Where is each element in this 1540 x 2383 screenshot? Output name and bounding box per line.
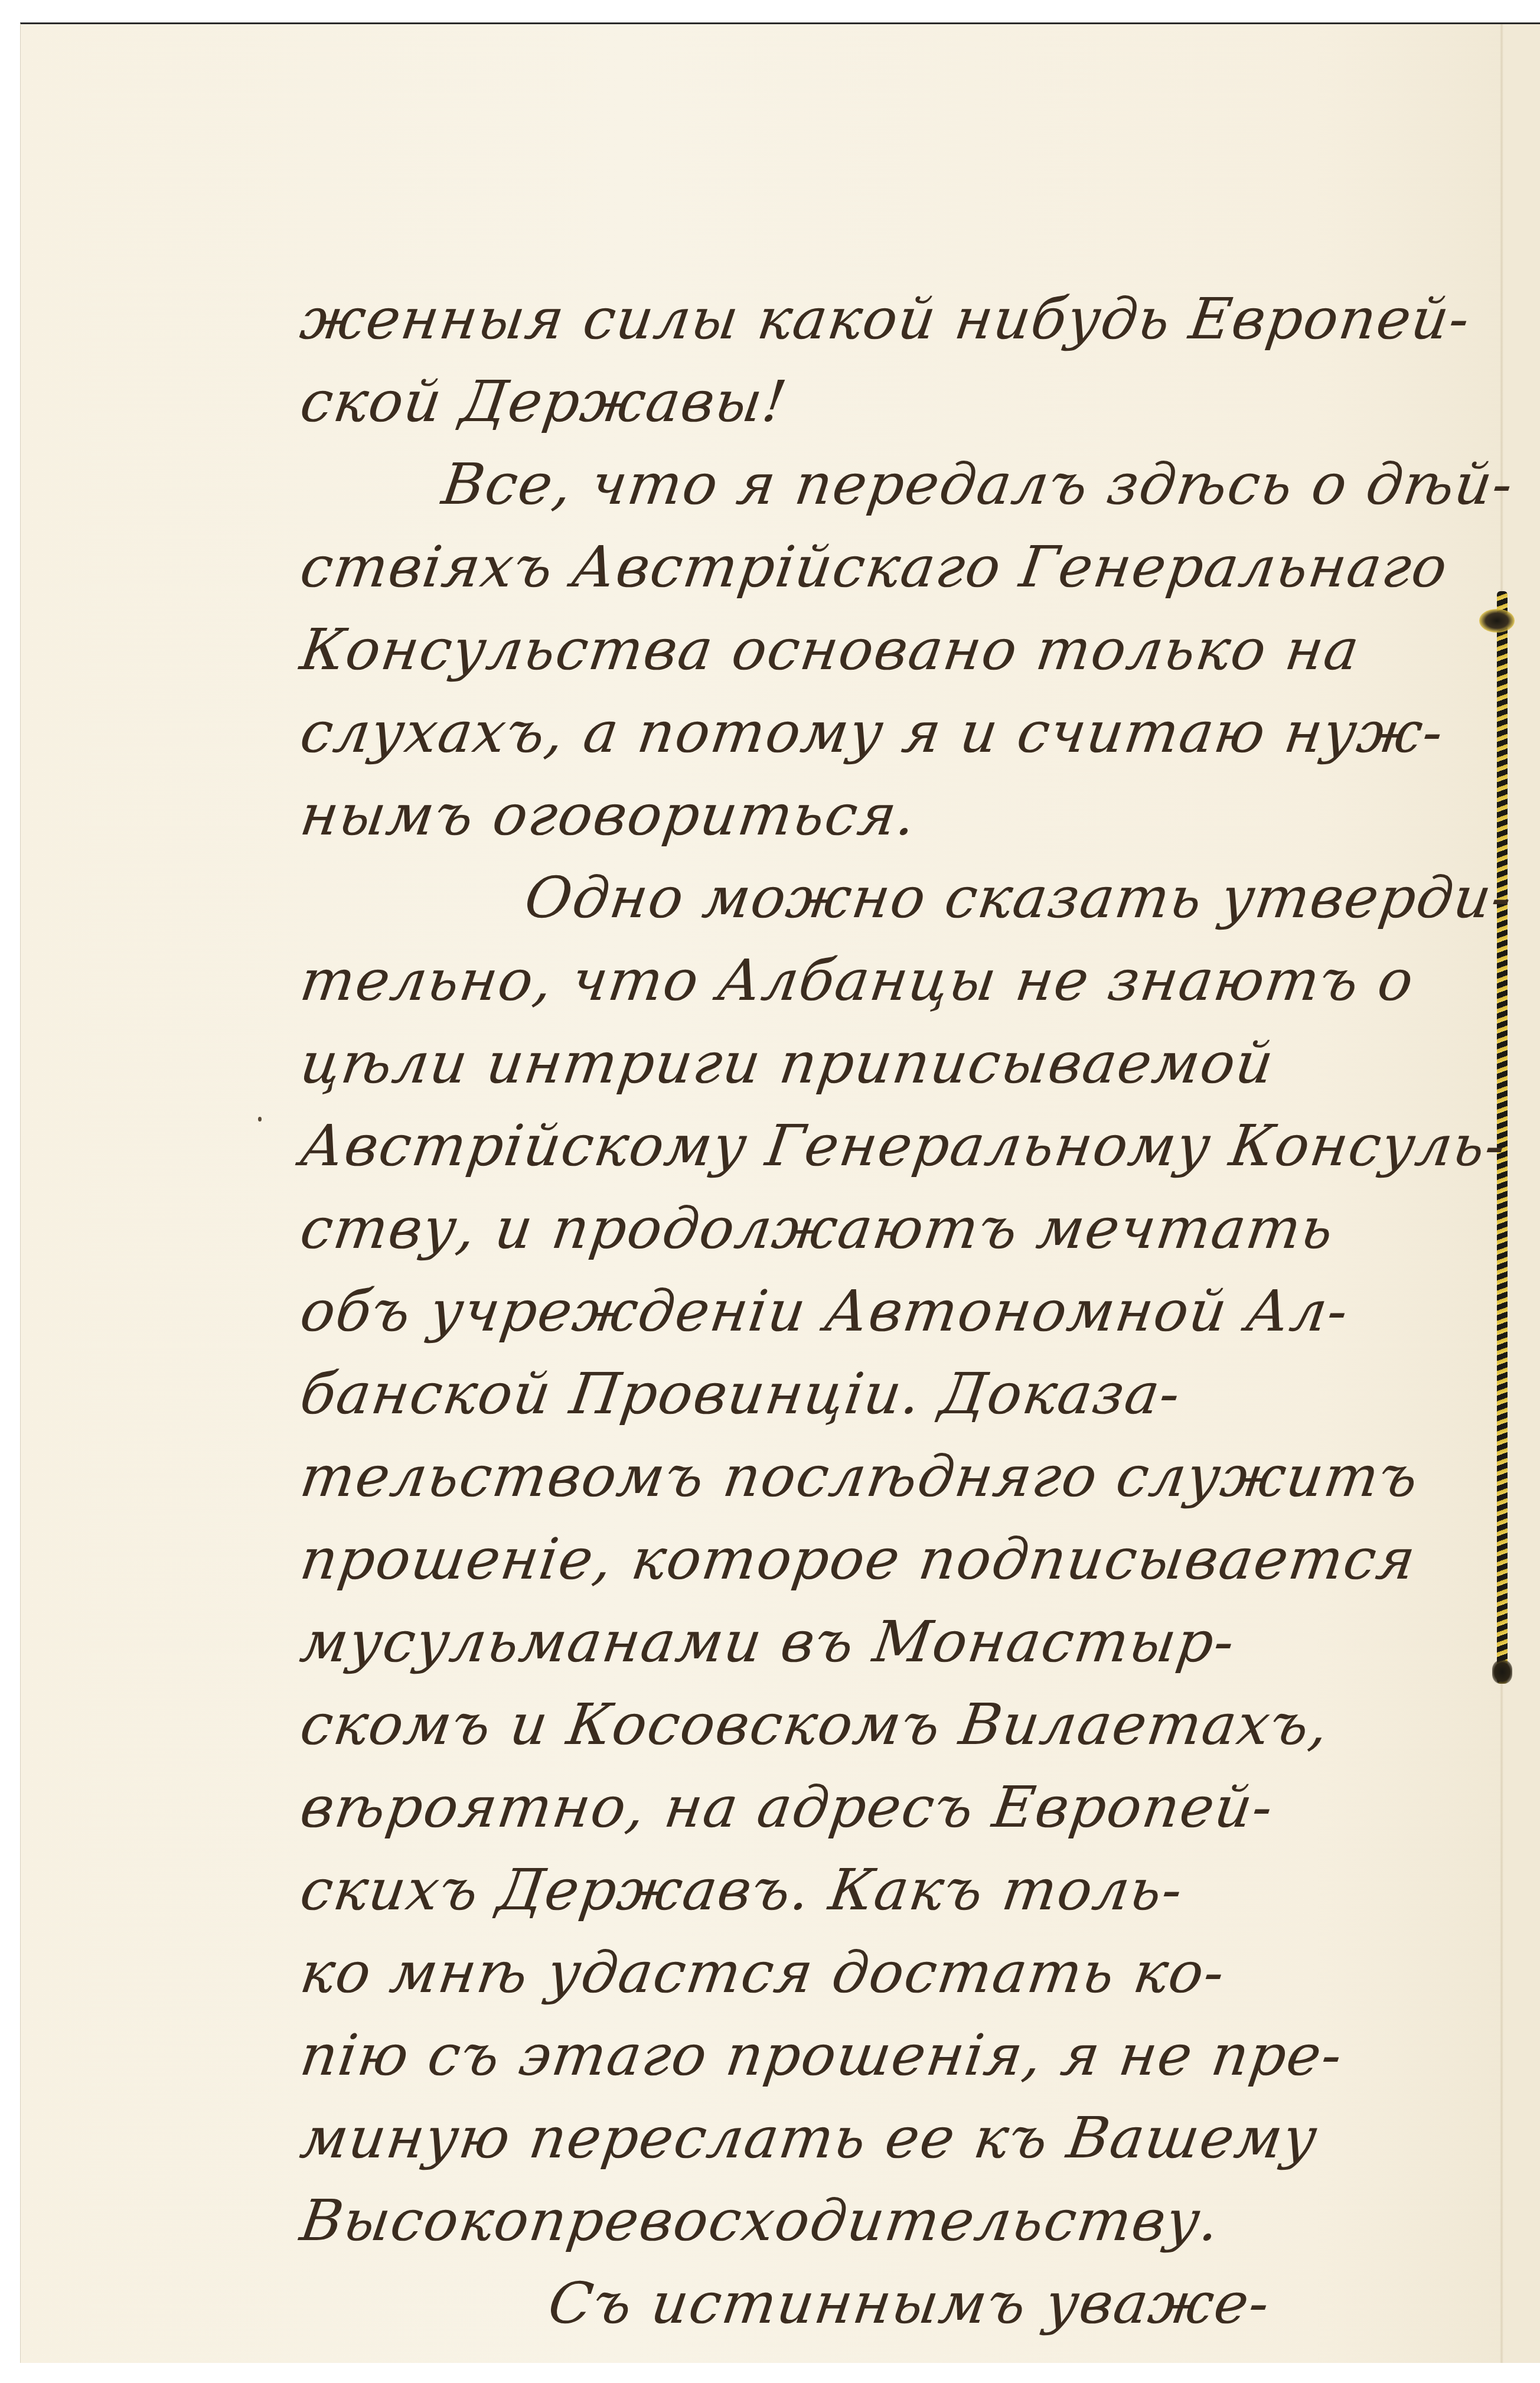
folded-page-flap [1503,24,1540,2363]
text-line: миную переслать ее къ Вашему [295,2097,1476,2179]
text-line: Австрійскому Генеральному Консуль- [295,1104,1476,1187]
text-line: ко мнѣ удастся достать ко- [295,1931,1476,2014]
text-line: Консульства основано только на [295,608,1476,691]
text-line: ству, и продолжаютъ мечтать [295,1187,1476,1270]
cord-end-icon [1492,1660,1512,1684]
closing-salutation: Съ истиннымъ уваже- [295,2262,1476,2345]
text-line: пію съ этаго прошенія, я не пре- [295,2014,1476,2097]
text-line: женныя силы какой нибудь Европей- [295,278,1476,360]
text-line: мусульманами въ Монастыр- [295,1600,1476,1683]
text-line: нымъ оговориться. [295,774,1476,856]
text-line: объ учрежденіи Автономной Ал- [295,1270,1476,1352]
text-line: банской Провинціи. Доказа- [295,1352,1476,1435]
text-line: тельствомъ послѣдняго служитъ [295,1435,1476,1518]
text-line: ствіяхъ Австрійскаго Генеральнаго [295,526,1476,608]
paragraph-start-line: Все, что я передалъ здѣсь о дѣй- [295,443,1476,526]
text-line: вѣроятно, на адресъ Европей- [295,1766,1476,1849]
ink-spot [258,1117,262,1122]
text-line: скихъ Державъ. Какъ толь- [295,1849,1476,1931]
text-line: прошеніе, которое подписывается [295,1518,1476,1600]
text-line: слухахъ, а потому я и считаю нуж- [295,691,1476,774]
handwritten-text-block: женныя силы какой нибудь Европей- ской Д… [301,278,1470,2345]
cord-knot-icon [1479,609,1515,633]
text-line: Высокопревосходительству. [295,2179,1476,2262]
paragraph-start-line: Одно можно сказать утверди- [295,856,1476,939]
text-line: тельно, что Албанцы не знаютъ о [295,939,1476,1022]
text-line: скомъ и Косовскомъ Вилаетахъ, [295,1683,1476,1766]
text-line: ской Державы! [295,360,1476,443]
text-line: цѣли интриги приписываемой [295,1022,1476,1104]
